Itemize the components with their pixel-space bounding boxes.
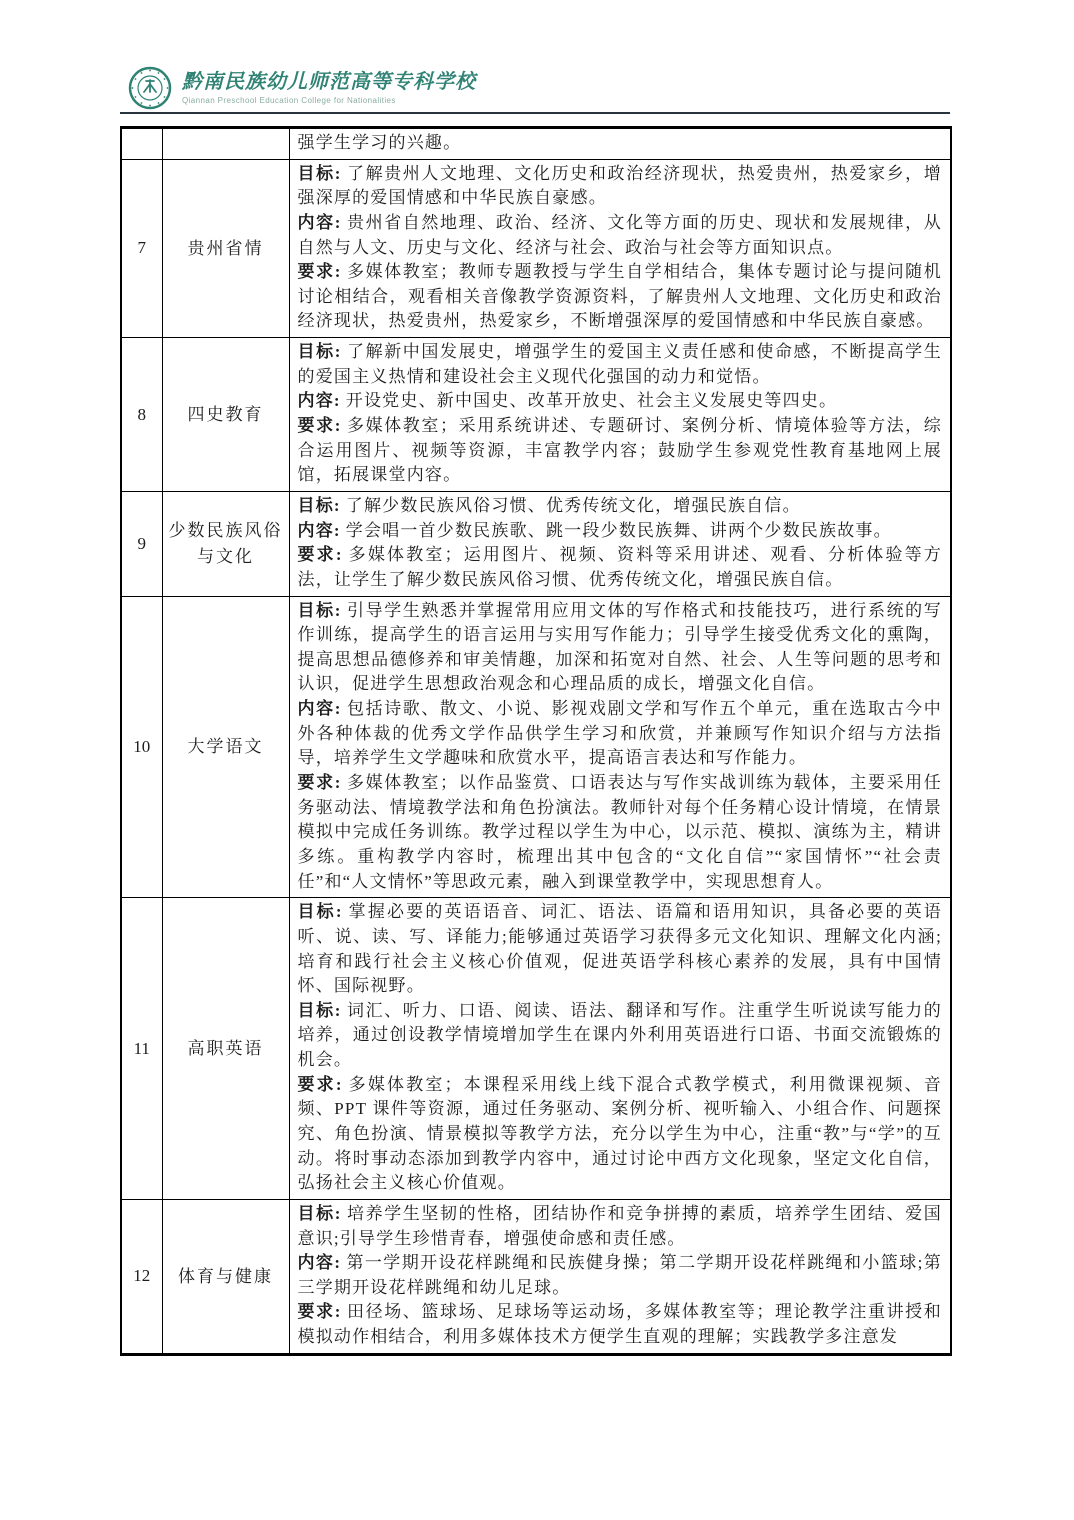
description-segment: 内容:第一学期开设花样跳绳和民族健身操；第二学期开设花样跳绳和小篮球;第三学期开… bbox=[298, 1251, 943, 1300]
description-segment: 目标:了解新中国发展史，增强学生的爱国主义责任感和使命感，不断提高学生的爱国主义… bbox=[298, 340, 943, 389]
description-segment: 要求:田径场、篮球场、足球场等运动场，多媒体教室等；理论教学注重讲授和模拟动作相… bbox=[298, 1300, 943, 1349]
segment-label: 要求: bbox=[298, 773, 342, 792]
course-name-cell bbox=[162, 128, 289, 160]
table-row: 7贵州省情目标:了解贵州人文地理、文化历史和政治经济现状，热爱贵州，热爱家乡，增… bbox=[121, 159, 951, 337]
segment-text: 包括诗歌、散文、小说、影视戏剧文学和写作五个单元，重在选取古今中外各种体裁的优秀… bbox=[298, 699, 943, 767]
segment-text: 多媒体教室；以作品鉴赏、口语表达与写作实战训练为载体，主要采用任务驱动法、情境教… bbox=[298, 773, 943, 891]
segment-text: 了解少数民族风俗习惯、优秀传统文化，增强民族自信。 bbox=[346, 496, 801, 515]
segment-label: 目标: bbox=[298, 1001, 342, 1020]
segment-label: 目标: bbox=[298, 902, 343, 921]
header-divider-line bbox=[120, 112, 950, 114]
segment-text: 学会唱一首少数民族歌、跳一段少数民族舞、讲两个少数民族故事。 bbox=[346, 521, 892, 540]
course-description-cell: 目标:引导学生熟悉并掌握常用应用文体的写作格式和技能技巧，进行系统的写作训练，提… bbox=[289, 596, 951, 898]
segment-label: 内容: bbox=[298, 1253, 342, 1272]
course-description-cell: 强学生学习的兴趣。 bbox=[289, 128, 951, 160]
segment-text: 多媒体教室；采用系统讲述、专题研讨、案例分析、情境体验等方法，综合运用图片、视频… bbox=[298, 416, 943, 484]
description-segment: 要求:多媒体教室；运用图片、视频、资料等采用讲述、观看、分析体验等方法，让学生了… bbox=[298, 543, 943, 592]
description-segment: 目标:了解少数民族风俗习惯、优秀传统文化，增强民族自信。 bbox=[298, 494, 943, 519]
segment-text: 掌握必要的英语语音、词汇、语法、语篇和语用知识，具备必要的英语听、说、读、写、译… bbox=[298, 902, 943, 995]
segment-label: 目标: bbox=[298, 496, 341, 515]
description-segment: 内容:学会唱一首少数民族歌、跳一段少数民族舞、讲两个少数民族故事。 bbox=[298, 519, 943, 544]
description-segment: 要求:多媒体教室；本课程采用线上线下混合式教学模式，利用微课视频、音频、PPT … bbox=[298, 1073, 943, 1196]
segment-text: 开设党史、新中国史、改革开放史、社会主义发展史等四史。 bbox=[346, 391, 837, 410]
course-number-cell: 7 bbox=[121, 159, 162, 337]
document-page: 黔南民族幼儿师范高等专科学校 Qiannan Preschool Educati… bbox=[0, 0, 1074, 1520]
description-segment: 要求:多媒体教室；以作品鉴赏、口语表达与写作实战训练为载体，主要采用任务驱动法、… bbox=[298, 771, 943, 894]
segment-label: 要求: bbox=[298, 1302, 342, 1321]
description-segment: 内容:贵州省自然地理、政治、经济、文化等方面的历史、现状和发展规律，从自然与人文… bbox=[298, 211, 943, 260]
segment-text: 了解新中国发展史，增强学生的爱国主义责任感和使命感，不断提高学生的爱国主义热情和… bbox=[298, 342, 943, 386]
segment-label: 目标: bbox=[298, 601, 342, 620]
course-number-cell: 8 bbox=[121, 338, 162, 492]
table-row: 强学生学习的兴趣。 bbox=[121, 128, 951, 160]
school-names: 黔南民族幼儿师范高等专科学校 Qiannan Preschool Educati… bbox=[182, 71, 476, 105]
segment-label: 内容: bbox=[298, 699, 342, 718]
course-name-cell: 贵州省情 bbox=[162, 159, 289, 337]
course-name-cell: 大学语文 bbox=[162, 596, 289, 898]
description-segment: 要求:多媒体教室；教师专题教授与学生自学相结合，集体专题讨论与提问随机讨论相结合… bbox=[298, 260, 943, 334]
course-number-cell: 11 bbox=[121, 898, 162, 1200]
segment-text: 田径场、篮球场、足球场等运动场，多媒体教室等；理论教学注重讲授和模拟动作相结合，… bbox=[298, 1302, 943, 1346]
description-segment: 内容:开设党史、新中国史、改革开放史、社会主义发展史等四史。 bbox=[298, 389, 943, 414]
segment-text: 多媒体教室；本课程采用线上线下混合式教学模式，利用微课视频、音频、PPT 课件等… bbox=[298, 1075, 943, 1193]
segment-text: 多媒体教室；教师专题教授与学生自学相结合，集体专题讨论与提问随机讨论相结合，观看… bbox=[298, 262, 943, 330]
course-number-cell bbox=[121, 128, 162, 160]
description-segment: 目标:了解贵州人文地理、文化历史和政治经济现状，热爱贵州，热爱家乡，增强深厚的爱… bbox=[298, 162, 943, 211]
school-header: 黔南民族幼儿师范高等专科学校 Qiannan Preschool Educati… bbox=[128, 66, 476, 110]
description-segment: 目标:培养学生坚韧的性格，团结协作和竞争拼搏的素质，培养学生团结、爱国意识;引导… bbox=[298, 1202, 943, 1251]
description-segment: 内容:包括诗歌、散文、小说、影视戏剧文学和写作五个单元，重在选取古今中外各种体裁… bbox=[298, 697, 943, 771]
segment-label: 要求: bbox=[298, 416, 342, 435]
segment-label: 要求: bbox=[298, 545, 343, 564]
segment-text: 多媒体教室；运用图片、视频、资料等采用讲述、观看、分析体验等方法，让学生了解少数… bbox=[298, 545, 943, 589]
segment-label: 目标: bbox=[298, 164, 342, 183]
segment-label: 内容: bbox=[298, 521, 341, 540]
segment-text: 贵州省自然地理、政治、经济、文化等方面的历史、现状和发展规律，从自然与人文、历史… bbox=[298, 213, 943, 257]
table-row: 9少数民族风俗与文化目标:了解少数民族风俗习惯、优秀传统文化，增强民族自信。内容… bbox=[121, 491, 951, 596]
segment-text: 引导学生熟悉并掌握常用应用文体的写作格式和技能技巧，进行系统的写作训练，提高学生… bbox=[298, 601, 943, 694]
segment-label: 内容: bbox=[298, 213, 342, 232]
description-segment: 目标:掌握必要的英语语音、词汇、语法、语篇和语用知识，具备必要的英语听、说、读、… bbox=[298, 900, 943, 999]
school-logo-seal-icon bbox=[128, 66, 172, 110]
course-number-cell: 12 bbox=[121, 1199, 162, 1354]
segment-label: 要求: bbox=[298, 262, 342, 281]
description-segment: 目标:引导学生熟悉并掌握常用应用文体的写作格式和技能技巧，进行系统的写作训练，提… bbox=[298, 599, 943, 698]
description-segment: 强学生学习的兴趣。 bbox=[298, 131, 943, 156]
segment-text: 了解贵州人文地理、文化历史和政治经济现状，热爱贵州，热爱家乡，增强深厚的爱国情感… bbox=[298, 164, 943, 208]
segment-label: 目标: bbox=[298, 342, 342, 361]
table-row: 11高职英语目标:掌握必要的英语语音、词汇、语法、语篇和语用知识，具备必要的英语… bbox=[121, 898, 951, 1200]
segment-label: 要求: bbox=[298, 1075, 343, 1094]
segment-label: 目标: bbox=[298, 1204, 342, 1223]
course-number-cell: 9 bbox=[121, 491, 162, 596]
segment-text: 强学生学习的兴趣。 bbox=[298, 133, 462, 152]
description-segment: 要求:多媒体教室；采用系统讲述、专题研讨、案例分析、情境体验等方法，综合运用图片… bbox=[298, 414, 943, 488]
segment-text: 第一学期开设花样跳绳和民族健身操；第二学期开设花样跳绳和小篮球;第三学期开设花样… bbox=[298, 1253, 943, 1297]
course-number-cell: 10 bbox=[121, 596, 162, 898]
course-description-cell: 目标:了解新中国发展史，增强学生的爱国主义责任感和使命感，不断提高学生的爱国主义… bbox=[289, 338, 951, 492]
course-description-cell: 目标:了解贵州人文地理、文化历史和政治经济现状，热爱贵州，热爱家乡，增强深厚的爱… bbox=[289, 159, 951, 337]
course-description-cell: 目标:了解少数民族风俗习惯、优秀传统文化，增强民族自信。内容:学会唱一首少数民族… bbox=[289, 491, 951, 596]
course-description-cell: 目标:掌握必要的英语语音、词汇、语法、语篇和语用知识，具备必要的英语听、说、读、… bbox=[289, 898, 951, 1200]
course-name-cell: 四史教育 bbox=[162, 338, 289, 492]
course-name-cell: 少数民族风俗与文化 bbox=[162, 491, 289, 596]
school-name-english: Qiannan Preschool Education College for … bbox=[182, 96, 476, 105]
school-name-chinese: 黔南民族幼儿师范高等专科学校 bbox=[182, 71, 476, 93]
course-description-cell: 目标:培养学生坚韧的性格，团结协作和竞争拼搏的素质，培养学生团结、爱国意识;引导… bbox=[289, 1199, 951, 1354]
segment-text: 培养学生坚韧的性格，团结协作和竞争拼搏的素质，培养学生团结、爱国意识;引导学生珍… bbox=[298, 1204, 943, 1248]
table-row: 8四史教育目标:了解新中国发展史，增强学生的爱国主义责任感和使命感，不断提高学生… bbox=[121, 338, 951, 492]
description-segment: 目标:词汇、听力、口语、阅读、语法、翻译和写作。注重学生听说读写能力的培养，通过… bbox=[298, 999, 943, 1073]
course-table: 强学生学习的兴趣。7贵州省情目标:了解贵州人文地理、文化历史和政治经济现状，热爱… bbox=[120, 126, 952, 1356]
segment-text: 词汇、听力、口语、阅读、语法、翻译和写作。注重学生听说读写能力的培养，通过创设教… bbox=[298, 1001, 943, 1069]
segment-label: 内容: bbox=[298, 391, 341, 410]
table-row: 12体育与健康目标:培养学生坚韧的性格，团结协作和竞争拼搏的素质，培养学生团结、… bbox=[121, 1199, 951, 1354]
course-name-cell: 体育与健康 bbox=[162, 1199, 289, 1354]
course-name-cell: 高职英语 bbox=[162, 898, 289, 1200]
table-row: 10大学语文目标:引导学生熟悉并掌握常用应用文体的写作格式和技能技巧，进行系统的… bbox=[121, 596, 951, 898]
course-table-body: 强学生学习的兴趣。7贵州省情目标:了解贵州人文地理、文化历史和政治经济现状，热爱… bbox=[121, 128, 951, 1355]
